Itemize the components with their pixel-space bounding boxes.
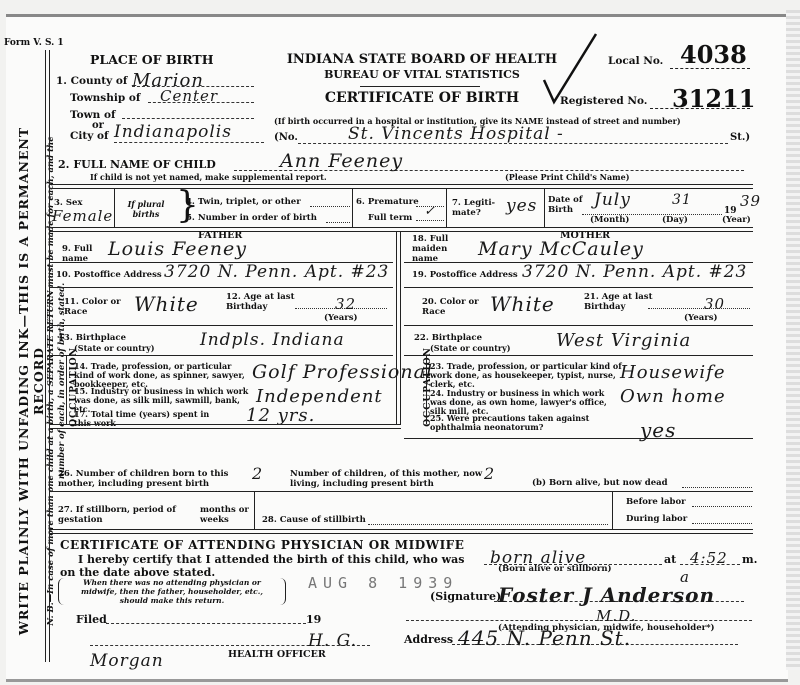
- before-labor-label: Before labor: [626, 497, 686, 507]
- unnamed-note: If child is not yet named, make suppleme…: [90, 173, 327, 182]
- divider: [49, 491, 753, 492]
- filed-year-prefix: 19: [306, 613, 321, 626]
- divider: [360, 86, 480, 87]
- mother-name-value: Mary McCauley: [478, 238, 644, 260]
- child-name-field: Ann Feeney: [234, 150, 744, 171]
- local-no-value: 4038: [680, 40, 750, 69]
- gestation-units-label: months or weeks: [200, 505, 250, 525]
- father-address-value: 3720 N. Penn. Apt. #23: [164, 262, 389, 282]
- fullterm-value: ✓: [416, 204, 444, 221]
- city-label: City of: [70, 131, 108, 141]
- address-label: Address: [404, 633, 453, 646]
- divider: [49, 529, 753, 534]
- divider: [49, 424, 401, 429]
- divider: [426, 355, 427, 424]
- divider: [49, 355, 393, 356]
- address-value: 445 N. Penn St.: [458, 626, 631, 650]
- children-born-label: 26. Number of children born to this moth…: [58, 469, 238, 489]
- at-label: at: [664, 553, 676, 566]
- health-officer-label: HEALTH OFFICER: [228, 649, 326, 660]
- father-trade-value: Golf Professional: [252, 361, 433, 383]
- address-field: 445 N. Penn St.: [452, 626, 738, 645]
- father-race-value: White: [134, 292, 199, 316]
- father-age-value: 32: [335, 295, 356, 313]
- mother-address-label: 19. Postoffice Address: [412, 270, 518, 280]
- father-race-label: 11. Color or Race: [64, 297, 124, 317]
- divider: [49, 325, 393, 326]
- children-living-value: 2: [484, 464, 495, 483]
- father-birthplace-value: Indpls. Indiana: [200, 330, 345, 350]
- frame-left-rule: [45, 50, 50, 662]
- order-field: [326, 212, 350, 223]
- bureau-name: BUREAU OF VITAL STATISTICS: [272, 68, 572, 81]
- born-dead-label: (b) Born alive, but now dead: [532, 478, 668, 488]
- divider: [66, 355, 67, 424]
- certificate-title: CERTIFICATE OF BIRTH: [272, 90, 572, 106]
- scan-edge: [786, 10, 800, 670]
- agency-name: INDIANA STATE BOARD OF HEALTH: [272, 52, 572, 67]
- divider: [544, 188, 545, 228]
- dob-year: 39: [740, 192, 761, 210]
- county-label: 1. County of: [56, 76, 127, 86]
- father-trade-label: 14. Trade, profession, or particular kin…: [74, 362, 254, 389]
- divider: [49, 227, 753, 232]
- divider: [404, 355, 753, 356]
- sex-value: Female: [52, 207, 113, 225]
- during-labor-field: [692, 513, 752, 524]
- child-name-value: Ann Feeney: [280, 150, 403, 172]
- certify-text: I hereby certify that I attended the bir…: [78, 553, 464, 566]
- children-living-label: Number of children, of this mother, now …: [290, 469, 490, 489]
- mother-industry-value: Own home: [620, 386, 726, 407]
- mother-address-value: 3720 N. Penn. Apt. #23: [522, 262, 747, 282]
- dob-month: July: [594, 190, 631, 210]
- town-field: [122, 106, 254, 119]
- born-dead-field: [682, 477, 752, 488]
- divider: [404, 438, 753, 439]
- m-label: m.: [742, 553, 757, 566]
- st-label: St.): [730, 133, 750, 143]
- divider: [114, 188, 115, 228]
- divider: [254, 491, 255, 529]
- mother-age-value: 30: [704, 295, 725, 313]
- mother-ophthalmia-label: 25. Were precautions taken against ophth…: [430, 414, 630, 432]
- day-label: (Day): [662, 215, 688, 225]
- health-officer-field: H. G. Morgan: [90, 631, 370, 646]
- mother-trade-label: 23. Trade, profession, or particular kin…: [430, 362, 640, 389]
- father-name-label: 9. Full name: [62, 244, 102, 264]
- no-label: (No.: [274, 133, 298, 143]
- township-value: Center: [160, 87, 218, 105]
- dob-day: 31: [672, 192, 692, 208]
- print-note: (Please Print Child's Name): [505, 173, 630, 182]
- birth-time-field: 4:52 a: [680, 548, 740, 565]
- place-of-birth-heading: PLACE OF BIRTH: [90, 52, 214, 67]
- father-years-label: (Years): [324, 313, 358, 323]
- sidebar-line-1: WRITE PLAINLY WITH UNFADING INK—THIS IS …: [16, 101, 46, 661]
- divider: [404, 287, 753, 288]
- filed-label: Filed: [76, 613, 107, 626]
- town-label: Town of: [70, 110, 115, 120]
- father-industry-value: Independent: [256, 386, 383, 407]
- mother-birthplace-sub: (State or country): [430, 343, 511, 353]
- city-field: Indianapolis: [114, 122, 264, 143]
- township-label: Township of: [70, 93, 140, 103]
- mother-race-label: 20. Color or Race: [422, 297, 482, 317]
- mother-birthplace-value: West Virginia: [556, 330, 691, 351]
- institution-value: St. Vincents Hospital -: [348, 124, 564, 144]
- mother-birthplace-label: 22. Birthplace: [414, 333, 482, 343]
- md-field: M.D.: [406, 606, 752, 621]
- mother-years-label: (Years): [684, 313, 718, 323]
- divider: [612, 491, 613, 529]
- fullterm-label: Full term: [368, 213, 412, 223]
- registered-no-line: [650, 108, 750, 109]
- divider: [404, 325, 753, 326]
- county-field: Marion: [132, 70, 254, 87]
- order-label: 5. Number in order of birth: [186, 213, 317, 223]
- father-birthplace-label: 13. Birthplace: [58, 333, 126, 343]
- father-time-value: 12 yrs.: [246, 405, 315, 426]
- stillbirth-cause-field: [368, 514, 608, 525]
- mother-trade-value: Housewife: [620, 362, 726, 383]
- filed-date-field: [106, 613, 306, 624]
- registered-no-label: Registered No.: [560, 96, 647, 106]
- local-no-label: Local No.: [608, 56, 663, 66]
- twin-field: [310, 196, 350, 207]
- during-labor-label: During labor: [626, 514, 687, 524]
- month-label: (Month): [590, 215, 629, 225]
- plural-births-label: If plural births: [118, 199, 174, 219]
- legitimate-value: yes: [506, 196, 537, 216]
- father-address-label: 10. Postoffice Address: [56, 270, 162, 280]
- township-field: Center: [148, 86, 254, 103]
- child-name-label: 2. FULL NAME OF CHILD: [58, 160, 216, 170]
- divider: [446, 188, 447, 228]
- divider: [352, 188, 353, 228]
- year-label: (Year): [722, 215, 751, 225]
- birth-status-field: born alive: [484, 548, 662, 565]
- signature-field: Foster J Anderson: [494, 583, 744, 602]
- father-mother-divider: [396, 231, 401, 424]
- mother-name-label: 18. Full maiden name: [412, 234, 462, 264]
- divider: [49, 184, 753, 189]
- signature-value: Foster J Anderson: [498, 583, 715, 607]
- father-birthplace-sub: (State or country): [74, 343, 155, 353]
- signature-label: (Signature): [430, 590, 501, 603]
- no-physician-note: When there was no attending physician or…: [58, 578, 286, 605]
- city-value: Indianapolis: [114, 122, 232, 142]
- stillborn-gestation-label: 27. If stillborn, period of gestation: [58, 505, 198, 525]
- certificate-heading: CERTIFICATE OF ATTENDING PHYSICIAN OR MI…: [60, 538, 464, 552]
- father-age-field: 32: [295, 294, 387, 309]
- father-name-value: Louis Feeney: [108, 238, 247, 260]
- stillbirth-cause-label: 28. Cause of stillbirth: [262, 515, 366, 525]
- birth-status-sub: (Born alive or stillborn): [498, 564, 612, 574]
- premature-label: 6. Premature: [356, 197, 419, 207]
- mother-age-field: 30: [648, 294, 750, 309]
- before-labor-field: [692, 496, 752, 507]
- divider: [49, 287, 393, 288]
- mother-industry-label: 24. Industry or business in which work w…: [430, 389, 610, 416]
- local-no-line: [670, 68, 750, 69]
- institution-field: St. Vincents Hospital -: [298, 124, 728, 144]
- mother-race-value: White: [490, 292, 555, 316]
- twin-label: 4. Twin, triplet, or other: [186, 197, 301, 207]
- children-born-value: 2: [252, 464, 263, 483]
- form-id: Form V. S. 1: [4, 38, 64, 48]
- legitimate-label: 7. Legiti- mate?: [452, 198, 506, 218]
